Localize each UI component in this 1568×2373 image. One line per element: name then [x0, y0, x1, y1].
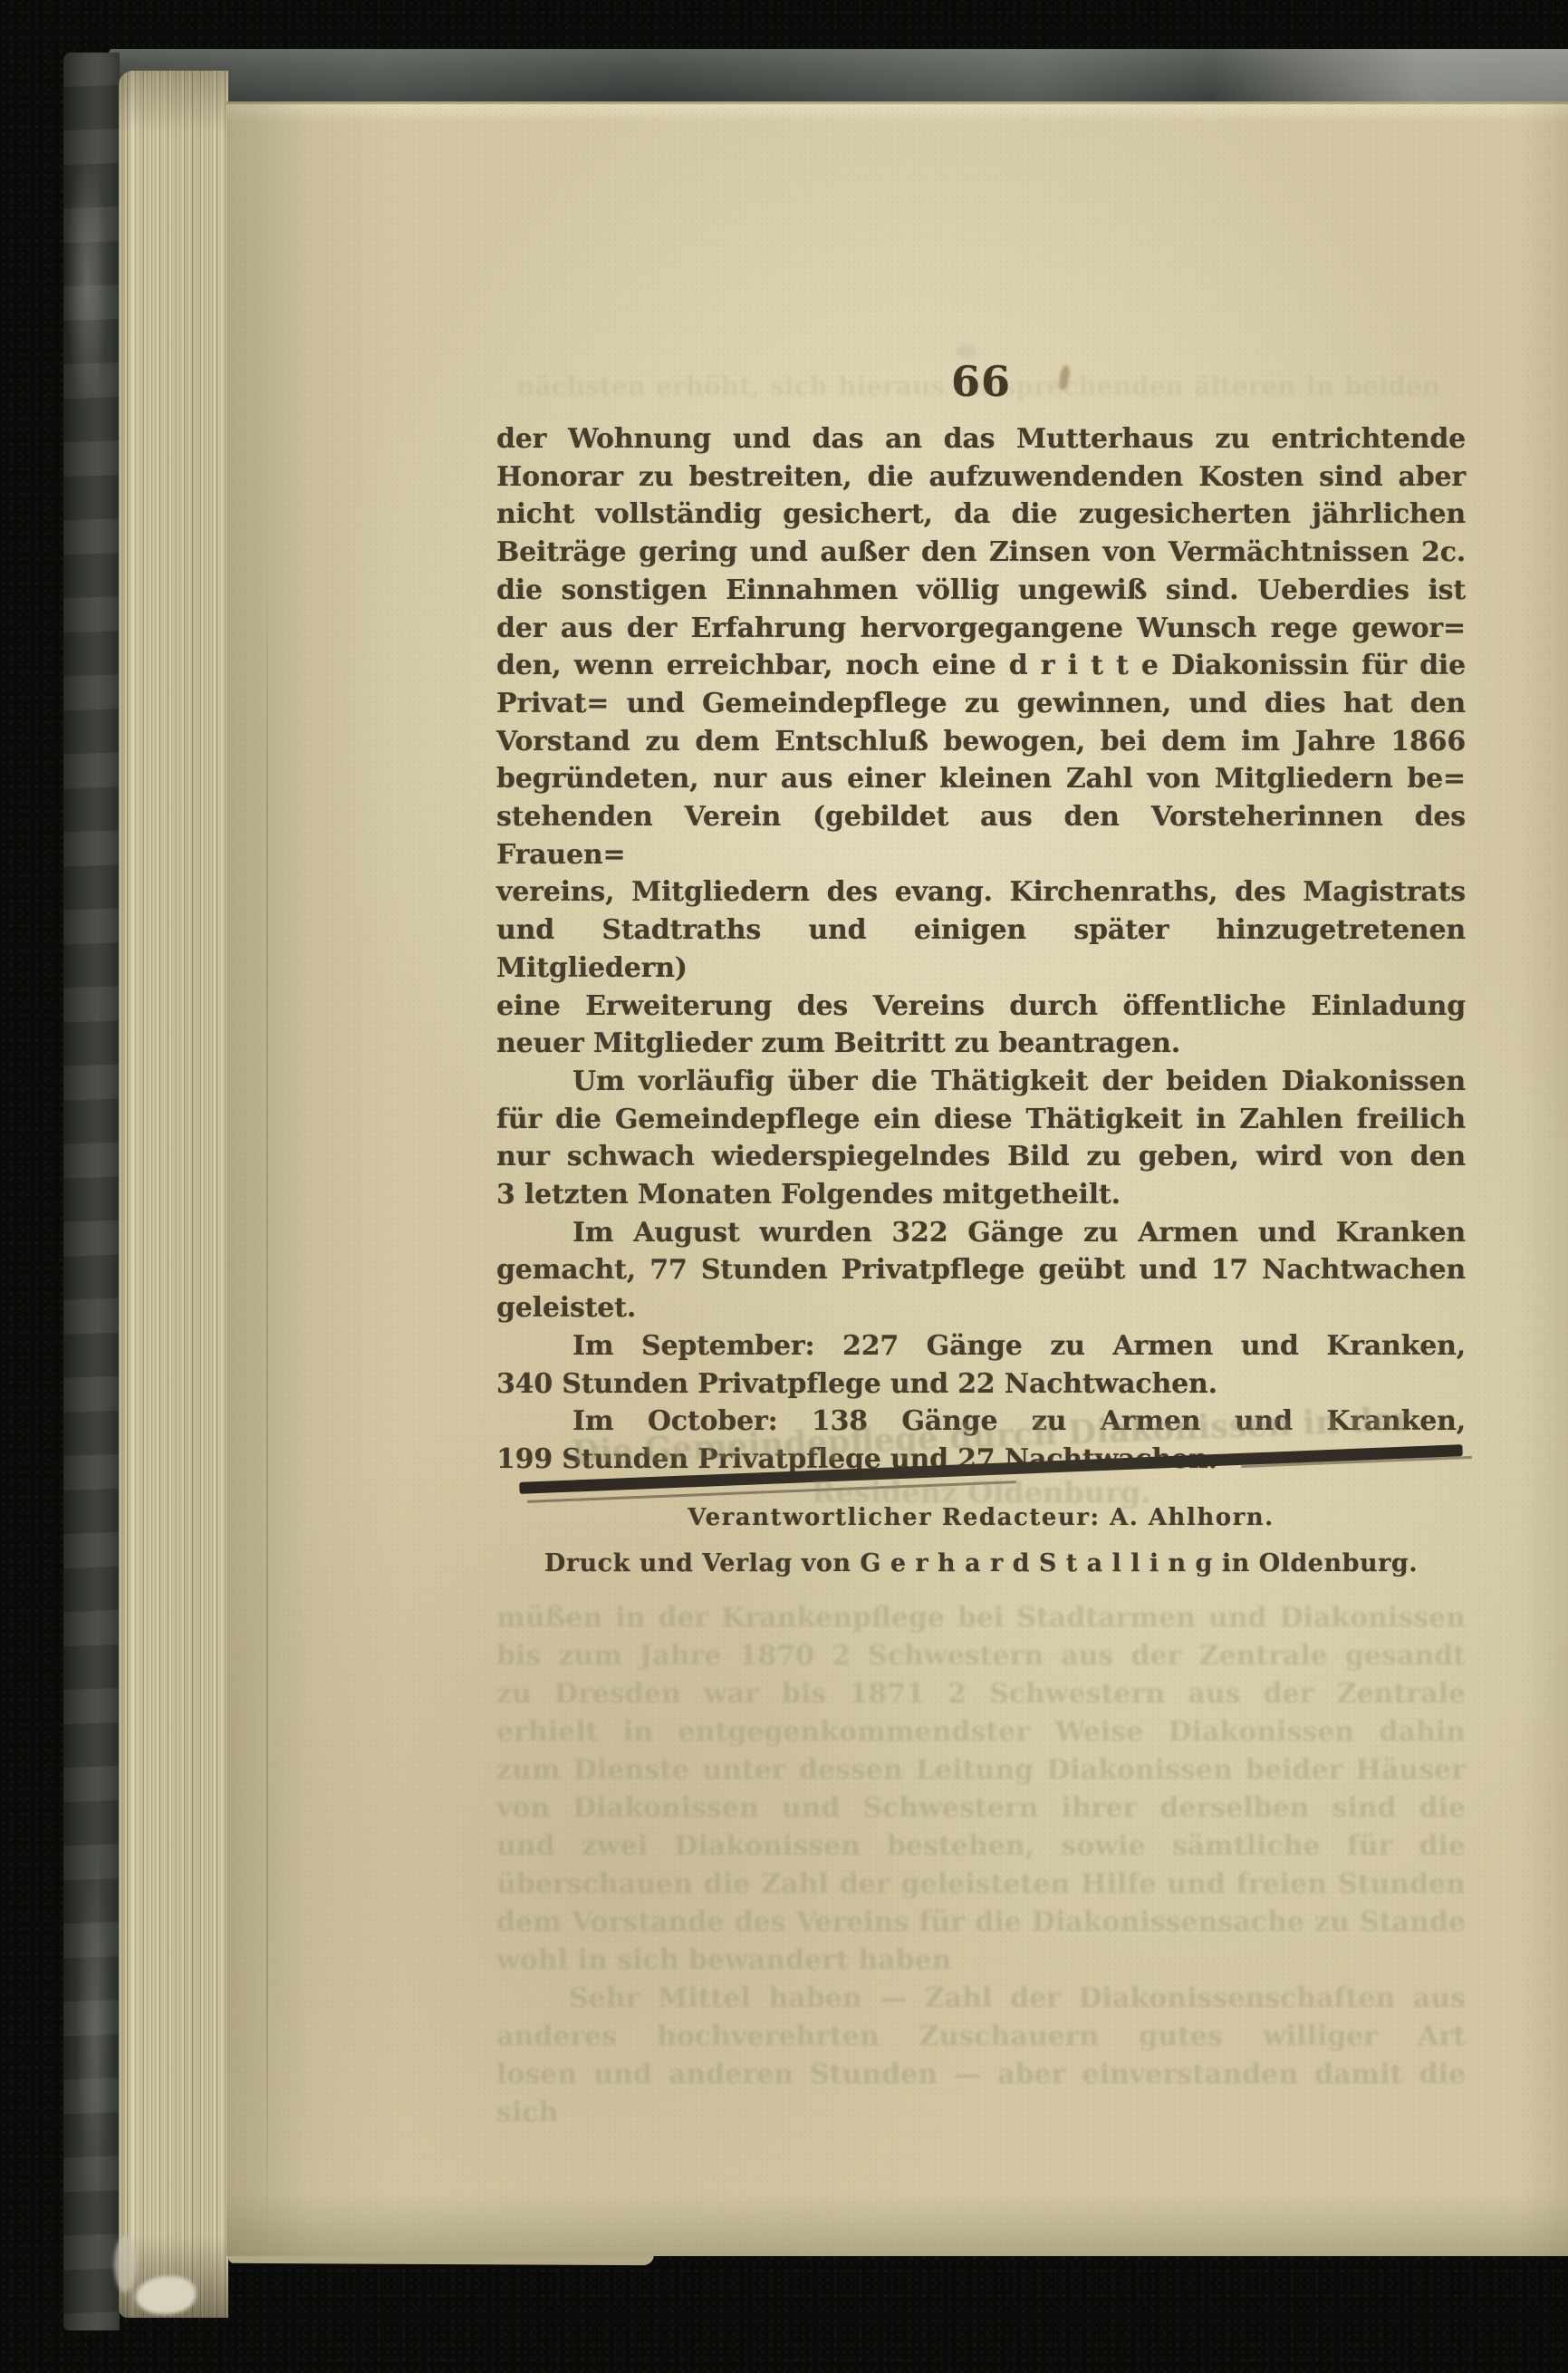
- body-line: begründeten, nur aus einer kleinen Zahl …: [496, 760, 1466, 798]
- book-page: nächsten erhöht, sich hieraus entspreche…: [226, 101, 1568, 2256]
- ghost-line: Sehr Mittel haben — Zahl der Diakonissen…: [496, 1980, 1466, 2018]
- body-line: Um vorläufig über die Thätigkeit der bei…: [496, 1063, 1466, 1101]
- ghost-showthrough-block: müßen in der Krankenpflege bei Stadtarme…: [496, 1599, 1466, 2132]
- body-line: 340 Stunden Privatpflege und 22 Nachtwac…: [496, 1365, 1466, 1404]
- ghost-line: erhielt in entgegenkommendster Weise Dia…: [496, 1713, 1466, 1751]
- body-line: die sonstigen Einnahmen völlig ungewiß s…: [496, 572, 1466, 610]
- body-line: 3 letzten Monaten Folgendes mitgetheilt.: [496, 1176, 1466, 1214]
- book-cover-top-edge: [80, 49, 1568, 103]
- body-line: für die Gemeindepflege ein diese Thätigk…: [496, 1101, 1466, 1139]
- ghost-line: anderes hochverehrten Zuschauern gutes w…: [496, 2018, 1466, 2056]
- page-number: 66: [496, 357, 1466, 406]
- ghost-line: und zwei Diakonissen bestehen, sowie säm…: [496, 1828, 1466, 1866]
- body-line: Honorar zu bestreiten, die aufzuwendende…: [496, 458, 1466, 497]
- ghost-line: von Diakonissen und Schwestern ihrer der…: [496, 1789, 1466, 1828]
- body-line: der Wohnung und das an das Mutterhaus zu…: [496, 420, 1466, 458]
- ghost-line: wohl in sich bewandert haben: [496, 1942, 1466, 1980]
- imprint-redacteur: Verantwortlicher Redacteur: A. Ahlhorn.: [496, 1504, 1466, 1531]
- ghost-line: zum Dienste unter dessen Leitung Diakoni…: [496, 1751, 1466, 1789]
- body-text-block: der Wohnung und das an das Mutterhaus zu…: [496, 420, 1466, 1479]
- ghost-line: überschauen die Zahl der geleisteten Hil…: [496, 1866, 1466, 1904]
- ghost-line: bis zum Jahre 1870 2 Schwestern aus der …: [496, 1637, 1466, 1675]
- body-line: der aus der Erfahrung hervorgegangene Wu…: [496, 610, 1466, 648]
- body-line: geleistet.: [496, 1289, 1466, 1327]
- book-cover-spine-edge: [63, 53, 120, 2330]
- body-line: Im September: 227 Gänge zu Armen und Kra…: [496, 1327, 1466, 1365]
- body-line: neuer Mitglieder zum Beitritt zu beantra…: [496, 1025, 1466, 1063]
- body-line: eine Erweiterung des Vereins durch öffen…: [496, 988, 1466, 1026]
- body-line: den, wenn erreichbar, noch eine d r i t …: [496, 647, 1466, 685]
- body-line: vereins, Mitgliedern des evang. Kirchenr…: [496, 873, 1466, 912]
- ghost-line: dem Vorstande des Vereins für die Diakon…: [496, 1904, 1466, 1942]
- scanned-book-photo: nächsten erhöht, sich hieraus entspreche…: [0, 0, 1568, 2373]
- body-line: stehenden Verein (gebildet aus den Vorst…: [496, 798, 1466, 873]
- page-stack-fore-edge: [119, 71, 228, 2318]
- body-line: Beiträge gering und außer den Zinsen von…: [496, 534, 1466, 572]
- ghost-line: zu Dresden war bis 1871 2 Schwestern aus…: [496, 1675, 1466, 1713]
- body-line: Im August wurden 322 Gänge zu Armen und …: [496, 1214, 1466, 1252]
- body-line: Vorstand zu dem Entschluß bewogen, bei d…: [496, 723, 1466, 761]
- paper-stain: [957, 344, 976, 359]
- worn-paper-fragment: [114, 2236, 136, 2292]
- body-line: nur schwach wiederspiegelndes Bild zu ge…: [496, 1138, 1466, 1176]
- imprint-publisher: Druck und Verlag von G e r h a r d S t a…: [496, 1549, 1466, 1577]
- worn-paper-fragment: [136, 2276, 196, 2314]
- ghost-line: losen und anderen Stunden — aber einvers…: [496, 2056, 1466, 2132]
- body-line: gemacht, 77 Stunden Privatpflege geübt u…: [496, 1251, 1466, 1289]
- body-line: und Stadtraths und einigen später hinzug…: [496, 912, 1466, 987]
- body-line: nicht vollständig gesichert, da die zuge…: [496, 496, 1466, 534]
- ghost-line: müßen in der Krankenpflege bei Stadtarme…: [496, 1599, 1466, 1637]
- body-line: Privat= und Gemeindepflege zu gewinnen, …: [496, 685, 1466, 723]
- page-crease-line: [266, 555, 268, 2247]
